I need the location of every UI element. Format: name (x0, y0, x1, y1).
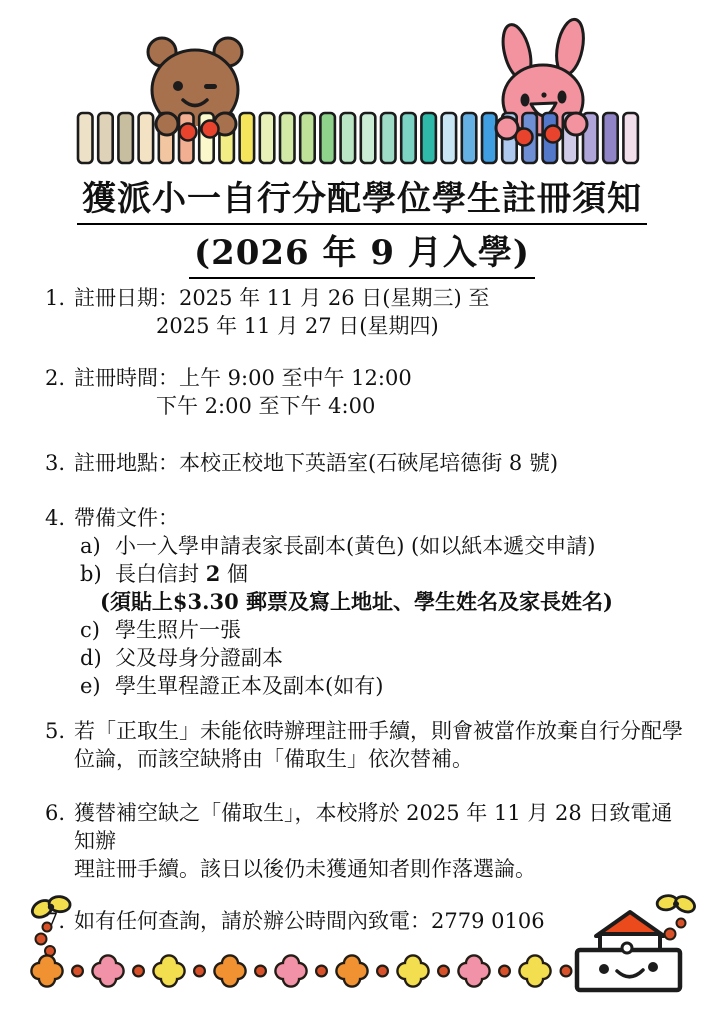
border-dot (133, 966, 144, 977)
item-text: 註冊地點：本校正校地下英語室(石硤尾培德街 8 號) (74, 449, 685, 477)
page-subtitle: (2026 年 9 月入學) (189, 232, 535, 279)
border-dot (438, 966, 449, 977)
bottom-banner-illustration (0, 874, 724, 1024)
notice-list: 1. 註冊日期：2025 年 11 月 26 日(星期三) 至 2025 年 1… (45, 284, 685, 935)
list-item-4: 4. 帶備文件： a) 小一入學申請表家長副本(黃色) (如以紙本遞交申請) b… (45, 504, 685, 700)
item-number: 3. (45, 449, 74, 477)
item-text-continuation: 2025 年 11 月 27 日(星期四) (74, 312, 685, 340)
page-title: 獲派小一自行分配學位學生註冊須知 (77, 178, 647, 225)
list-item-3: 3. 註冊地點：本校正校地下英語室(石硤尾培德街 8 號) (45, 449, 685, 477)
list-item-5: 5. 若「正取生」未能依時辦理註冊手續，則會被當作放棄自行分配學 位論，而該空缺… (45, 717, 685, 773)
item-text: 帶備文件： (74, 504, 685, 532)
flower-icon (274, 954, 308, 988)
item-number: 5. (45, 717, 74, 773)
border-dot (255, 966, 266, 977)
flower-row (30, 954, 571, 988)
sub-item-a: a) 小一入學申請表家長副本(黃色) (如以紙本遞交申請) (80, 532, 685, 560)
item-number: 1. (45, 284, 74, 340)
border-dot (499, 966, 510, 977)
sub-item-b-note: (須貼上$3.30 郵票及寫上地址、學生姓名及家長姓名) (80, 588, 685, 616)
sub-item-text: 學生單程證正本及副本(如有) (115, 672, 383, 700)
item-text: 若「正取生」未能依時辦理註冊手續，則會被當作放棄自行分配學 (74, 717, 685, 745)
list-item-2: 2. 註冊時間：上午 9:00 至中午 12:00 下午 2:00 至下午 4:… (45, 364, 685, 420)
sub-item-tag: b) (80, 560, 115, 588)
flower-icon (213, 954, 247, 988)
sub-item-tag: c) (80, 616, 115, 644)
flower-icon (91, 954, 125, 988)
border-dot (194, 966, 205, 977)
flower-icon (30, 954, 64, 988)
item-text: 註冊日期：2025 年 11 月 26 日(星期三) 至 (74, 284, 685, 312)
list-item-6: 6. 獲替補空缺之「備取生」，本校將於 2025 年 11 月 28 日致電通知… (45, 799, 685, 883)
butterfly-right-dots (665, 919, 686, 940)
item-text-continuation: 下午 2:00 至下午 4:00 (74, 392, 685, 420)
item-number: 2. (45, 364, 74, 420)
flower-icon (457, 954, 491, 988)
sub-item-text: 小一入學申請表家長副本(黃色) (如以紙本遞交申請) (115, 532, 595, 560)
item-number: 4. (45, 504, 74, 700)
sub-item-d: d) 父及母身分證副本 (80, 644, 685, 672)
flower-icon (152, 954, 186, 988)
flower-icon (518, 954, 552, 988)
sub-item-c: c) 學生照片一張 (80, 616, 685, 644)
butterfly-left-dots (36, 923, 56, 957)
sub-item-text: 長白信封 2 個 (115, 560, 248, 588)
sub-item-tag: a) (80, 532, 115, 560)
flower-icon (335, 954, 369, 988)
sub-item-tag: d) (80, 644, 115, 672)
item-text: 註冊時間：上午 9:00 至中午 12:00 (74, 364, 685, 392)
flower-icon (396, 954, 430, 988)
item-text-continuation: 位論，而該空缺將由「備取生」依次替補。 (74, 745, 685, 773)
sub-item-e: e) 學生單程證正本及副本(如有) (80, 672, 685, 700)
house-icon (577, 912, 680, 990)
sub-item-text: 學生照片一張 (115, 616, 241, 644)
border-dot (561, 966, 572, 977)
registration-notice-document: 獲派小一自行分配學位學生註冊須知 (2026 年 9 月入學) 1. 註冊日期：… (0, 0, 724, 1024)
sub-item-text: 父及母身分證副本 (115, 644, 283, 672)
title-block: 獲派小一自行分配學位學生註冊須知 (2026 年 9 月入學) (0, 178, 724, 279)
border-dot (72, 966, 83, 977)
sub-item-b: b) 長白信封 2 個 (80, 560, 685, 588)
border-dot (316, 966, 327, 977)
butterfly-left-icon (28, 891, 74, 921)
sub-list: a) 小一入學申請表家長副本(黃色) (如以紙本遞交申請) b) 長白信封 2 … (80, 532, 685, 700)
item-number: 6. (45, 799, 74, 883)
butterfly-right-icon (654, 890, 698, 916)
item-text: 獲替補空缺之「備取生」，本校將於 2025 年 11 月 28 日致電通知辦 (74, 799, 685, 855)
top-banner-illustration (0, 0, 724, 176)
sub-item-tag: e) (80, 672, 115, 700)
list-item-1: 1. 註冊日期：2025 年 11 月 26 日(星期三) 至 2025 年 1… (45, 284, 685, 340)
border-dot (377, 966, 388, 977)
